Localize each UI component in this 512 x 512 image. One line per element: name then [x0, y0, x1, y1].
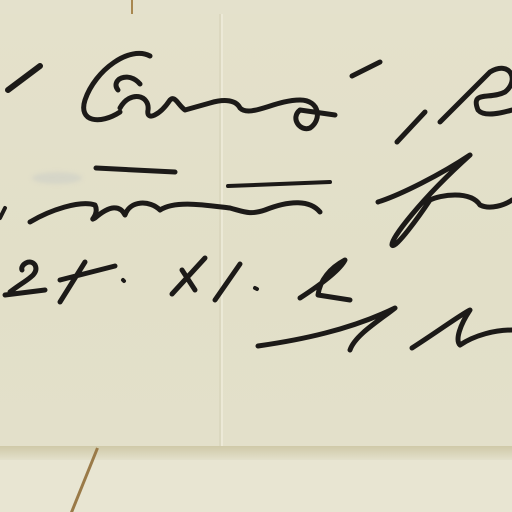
handwriting-ink: [0, 0, 512, 512]
